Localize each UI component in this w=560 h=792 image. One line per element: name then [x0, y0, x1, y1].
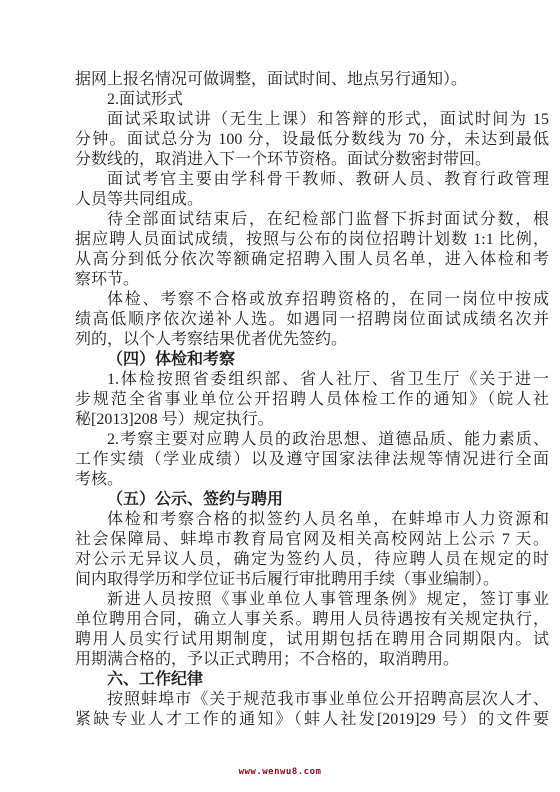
- text-line: 1.体检按照省委组织部、省人社厅、省卫生厅《关于进一: [75, 370, 549, 390]
- text-line: 分数线的，取消进入下一个环节资格。面试分数密封带回。: [75, 150, 549, 170]
- paragraph: 面试考官主要由学科骨干教师、教研人员、教育行政管理人员等共同组成。: [75, 170, 549, 210]
- page-content: 据网上报名情况可做调整，面试时间、地点另行通知）。2.面试形式面试采取试讲（无生…: [75, 70, 549, 730]
- text-line: 据应聘人员面试成绩，按照与公布的岗位招聘计划数 1:1 比例，: [75, 230, 549, 250]
- text-line: （五）公示、签约与聘用: [75, 490, 549, 510]
- section-heading: （四）体检和考察: [75, 350, 549, 370]
- text-line: 间内取得学历和学位证书后履行审批聘用手续（事业编制）。: [75, 570, 549, 590]
- text-line: 社会保障局、蚌埠市教育局官网及相关高校网站上公示 7 天。: [75, 530, 549, 550]
- paragraph: 体检和考察合格的拟签约人员名单，在蚌埠市人力资源和社会保障局、蚌埠市教育局官网及…: [75, 510, 549, 590]
- text-line: 察环节。: [75, 270, 549, 290]
- text-line: 新进人员按照《事业单位人事管理条例》规定，签订事业: [75, 590, 549, 610]
- paragraph: 2.面试形式: [75, 90, 549, 110]
- paragraph: 据网上报名情况可做调整，面试时间、地点另行通知）。: [75, 70, 549, 90]
- section-heading: （五）公示、签约与聘用: [75, 490, 549, 510]
- paragraph: 待全部面试结束后，在纪检部门监督下拆封面试分数，根据应聘人员面试成绩，按照与公布…: [75, 210, 549, 290]
- text-line: 单位聘用合同，确立人事关系。聘用人员待遇按有关规定执行，: [75, 610, 549, 630]
- text-line: 从高分到低分依次等额确定招聘入围人员名单，进入体检和考: [75, 250, 549, 270]
- text-line: 按照蚌埠市《关于规范我市事业单位公开招聘高层次人才、: [75, 690, 549, 710]
- text-line: 用期满合格的，予以正式聘用；不合格的，取消聘用。: [75, 650, 549, 670]
- paragraph: 面试采取试讲（无生上课）和答辩的形式，面试时间为 15分钟。面试总分为 100 …: [75, 110, 549, 170]
- document-page: 据网上报名情况可做调整，面试时间、地点另行通知）。2.面试形式面试采取试讲（无生…: [0, 0, 560, 792]
- text-line: 聘用人员实行试用期制度，试用期包括在聘用合同期限内。试: [75, 630, 549, 650]
- text-line: 面试采取试讲（无生上课）和答辩的形式，面试时间为 15: [75, 110, 549, 130]
- text-line: 体检、考察不合格或放弃招聘资格的，在同一岗位中按成: [75, 290, 549, 310]
- text-line: 2.考察主要对应聘人员的政治思想、道德品质、能力素质、: [75, 430, 549, 450]
- paragraph: 1.体检按照省委组织部、省人社厅、省卫生厅《关于进一步规范全省事业单位公开招聘人…: [75, 370, 549, 430]
- watermark-url: www.wenwu8.com: [0, 767, 560, 777]
- text-line: 对公示无异议人员，确定为签约人员，待应聘人员在规定的时: [75, 550, 549, 570]
- text-line: 据网上报名情况可做调整，面试时间、地点另行通知）。: [75, 70, 549, 90]
- paragraph: 按照蚌埠市《关于规范我市事业单位公开招聘高层次人才、紧缺专业人才工作的通知》（蚌…: [75, 690, 549, 730]
- text-line: 2.面试形式: [75, 90, 549, 110]
- text-line: 体检和考察合格的拟签约人员名单，在蚌埠市人力资源和: [75, 510, 549, 530]
- text-line: 紧缺专业人才工作的通知》（蚌人社发[2019]29 号）的文件要: [75, 710, 549, 730]
- text-line: 人员等共同组成。: [75, 190, 549, 210]
- text-line: 步规范全省事业单位公开招聘人员体检工作的通知》（皖人社: [75, 390, 549, 410]
- section-heading: 六、工作纪律: [75, 670, 549, 690]
- paragraph: 体检、考察不合格或放弃招聘资格的，在同一岗位中按成绩高低顺序依次递补人选。如遇同…: [75, 290, 549, 350]
- text-line: 分钟。面试总分为 100 分，设最低分数线为 70 分，未达到最低: [75, 130, 549, 150]
- text-line: 待全部面试结束后，在纪检部门监督下拆封面试分数，根: [75, 210, 549, 230]
- text-line: （四）体检和考察: [75, 350, 549, 370]
- text-line: 工作实绩（学业成绩）以及遵守国家法律法规等情况进行全面: [75, 450, 549, 470]
- text-line: 面试考官主要由学科骨干教师、教研人员、教育行政管理: [75, 170, 549, 190]
- text-line: 列的，以个人考察结果优者优先签约。: [75, 330, 549, 350]
- text-line: 六、工作纪律: [75, 670, 549, 690]
- text-line: 绩高低顺序依次递补人选。如遇同一招聘岗位面试成绩名次并: [75, 310, 549, 330]
- paragraph: 新进人员按照《事业单位人事管理条例》规定，签订事业单位聘用合同，确立人事关系。聘…: [75, 590, 549, 670]
- text-line: 考核。: [75, 470, 549, 490]
- text-line: 秘[2013]208 号）规定执行。: [75, 410, 549, 430]
- paragraph: 2.考察主要对应聘人员的政治思想、道德品质、能力素质、工作实绩（学业成绩）以及遵…: [75, 430, 549, 490]
